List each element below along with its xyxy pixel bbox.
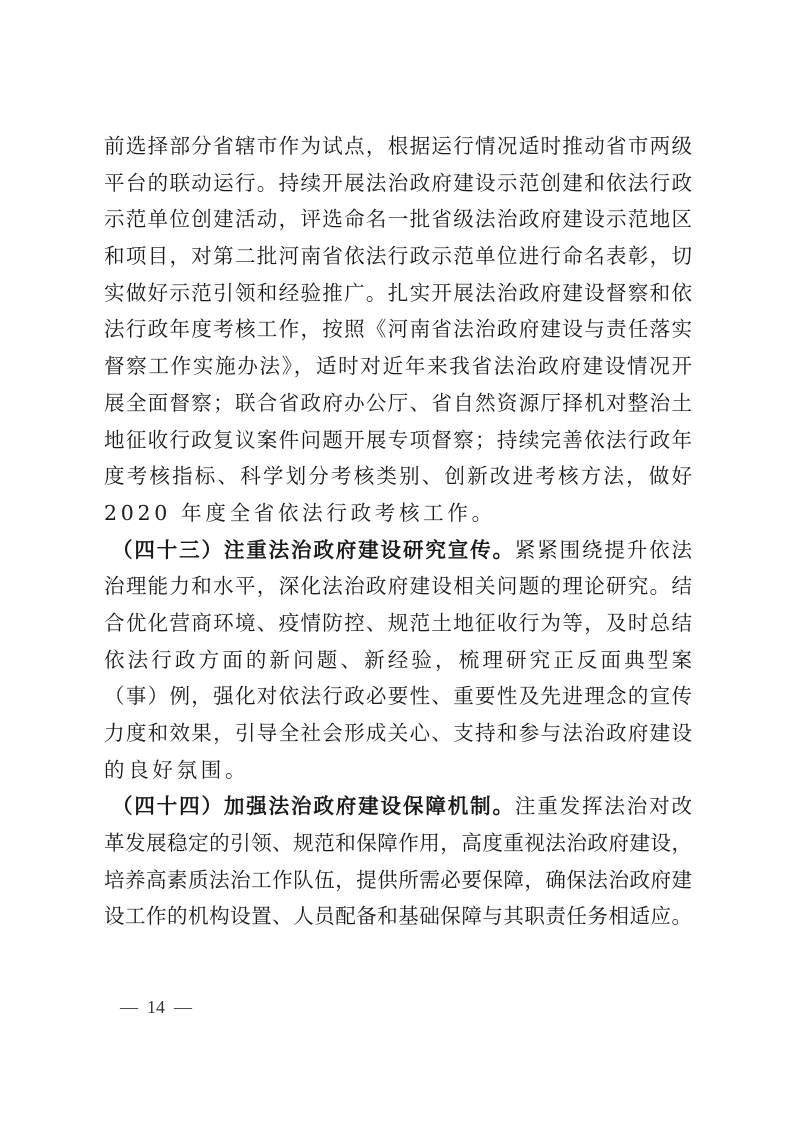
text-line: （四十三）注重法治政府建设研究宣传。紧紧围绕提升依法 (104, 532, 692, 569)
text-line: 力度和效果，引导全社会形成关心、支持和参与法治政府建设 (104, 715, 692, 752)
text-line: 平台的联动运行。持续开展法治政府建设示范创建和依法行政 (104, 165, 692, 202)
paragraph-43: （四十三）注重法治政府建设研究宣传。紧紧围绕提升依法 治理能力和水平，深化法治政… (104, 532, 692, 789)
paragraph-44: （四十四）加强法治政府建设保障机制。注重发挥法治对改 革发展稳定的引领、规范和保… (104, 788, 692, 935)
text-line: 督察工作实施办法》，适时对近年来我省法治政府建设情况开 (104, 348, 692, 385)
document-page: 前选择部分省辖市作为试点，根据运行情况适时推动省市两级 平台的联动运行。持续开展… (0, 0, 793, 1122)
text-line: 2020 年度全省依法行政考核工作。 (104, 495, 692, 532)
text-line: 合优化营商环境、疫情防控、规范土地征收行为等，及时总结 (104, 605, 692, 642)
text-line: 治理能力和水平，深化法治政府建设相关问题的理论研究。结 (104, 568, 692, 605)
text-line: 的良好氛围。 (104, 752, 692, 789)
text-line: 和项目，对第二批河南省依法行政示范单位进行命名表彰，切 (104, 238, 692, 275)
paragraph-1: 前选择部分省辖市作为试点，根据运行情况适时推动省市两级 平台的联动运行。持续开展… (104, 128, 692, 532)
text-line: 培养高素质法治工作队伍，提供所需必要保障，确保法治政府建 (104, 862, 692, 899)
text-line: 地征收行政复议案件问题开展专项督察；持续完善依法行政年 (104, 422, 692, 459)
text-line: 设工作的机构设置、人员配备和基础保障与其职责任务相适应。 (104, 898, 692, 935)
body-text: 前选择部分省辖市作为试点，根据运行情况适时推动省市两级 平台的联动运行。持续开展… (104, 128, 692, 935)
text-line: 革发展稳定的引领、规范和保障作用，高度重视法治政府建设， (104, 825, 692, 862)
text-line: 前选择部分省辖市作为试点，根据运行情况适时推动省市两级 (104, 128, 692, 165)
text-line: 依法行政方面的新问题、新经验，梳理研究正反面典型案 (104, 642, 692, 679)
text-line: 法行政年度考核工作，按照《河南省法治政府建设与责任落实 (104, 311, 692, 348)
text-line: 示范单位创建活动，评选命名一批省级法治政府建设示范地区 (104, 201, 692, 238)
section-heading-43: （四十三）注重法治政府建设研究宣传。 (112, 538, 515, 562)
text-line: （事）例，强化对依法行政必要性、重要性及先进理念的宣传 (104, 678, 692, 715)
text-line: （四十四）加强法治政府建设保障机制。注重发挥法治对改 (104, 788, 692, 825)
text-line: 展全面督察；联合省政府办公厅、省自然资源厅择机对整治土 (104, 385, 692, 422)
text-line: 度考核指标、科学划分考核类别、创新改进考核方法，做好 (104, 458, 692, 495)
page-number: — 14 — (120, 997, 192, 1018)
text-run: 注重发挥法治对改 (515, 794, 692, 818)
section-heading-44: （四十四）加强法治政府建设保障机制。 (112, 794, 515, 818)
text-line: 实做好示范引领和经验推广。扎实开展法治政府建设督察和依 (104, 275, 692, 312)
text-run: 紧紧围绕提升依法 (515, 538, 692, 562)
